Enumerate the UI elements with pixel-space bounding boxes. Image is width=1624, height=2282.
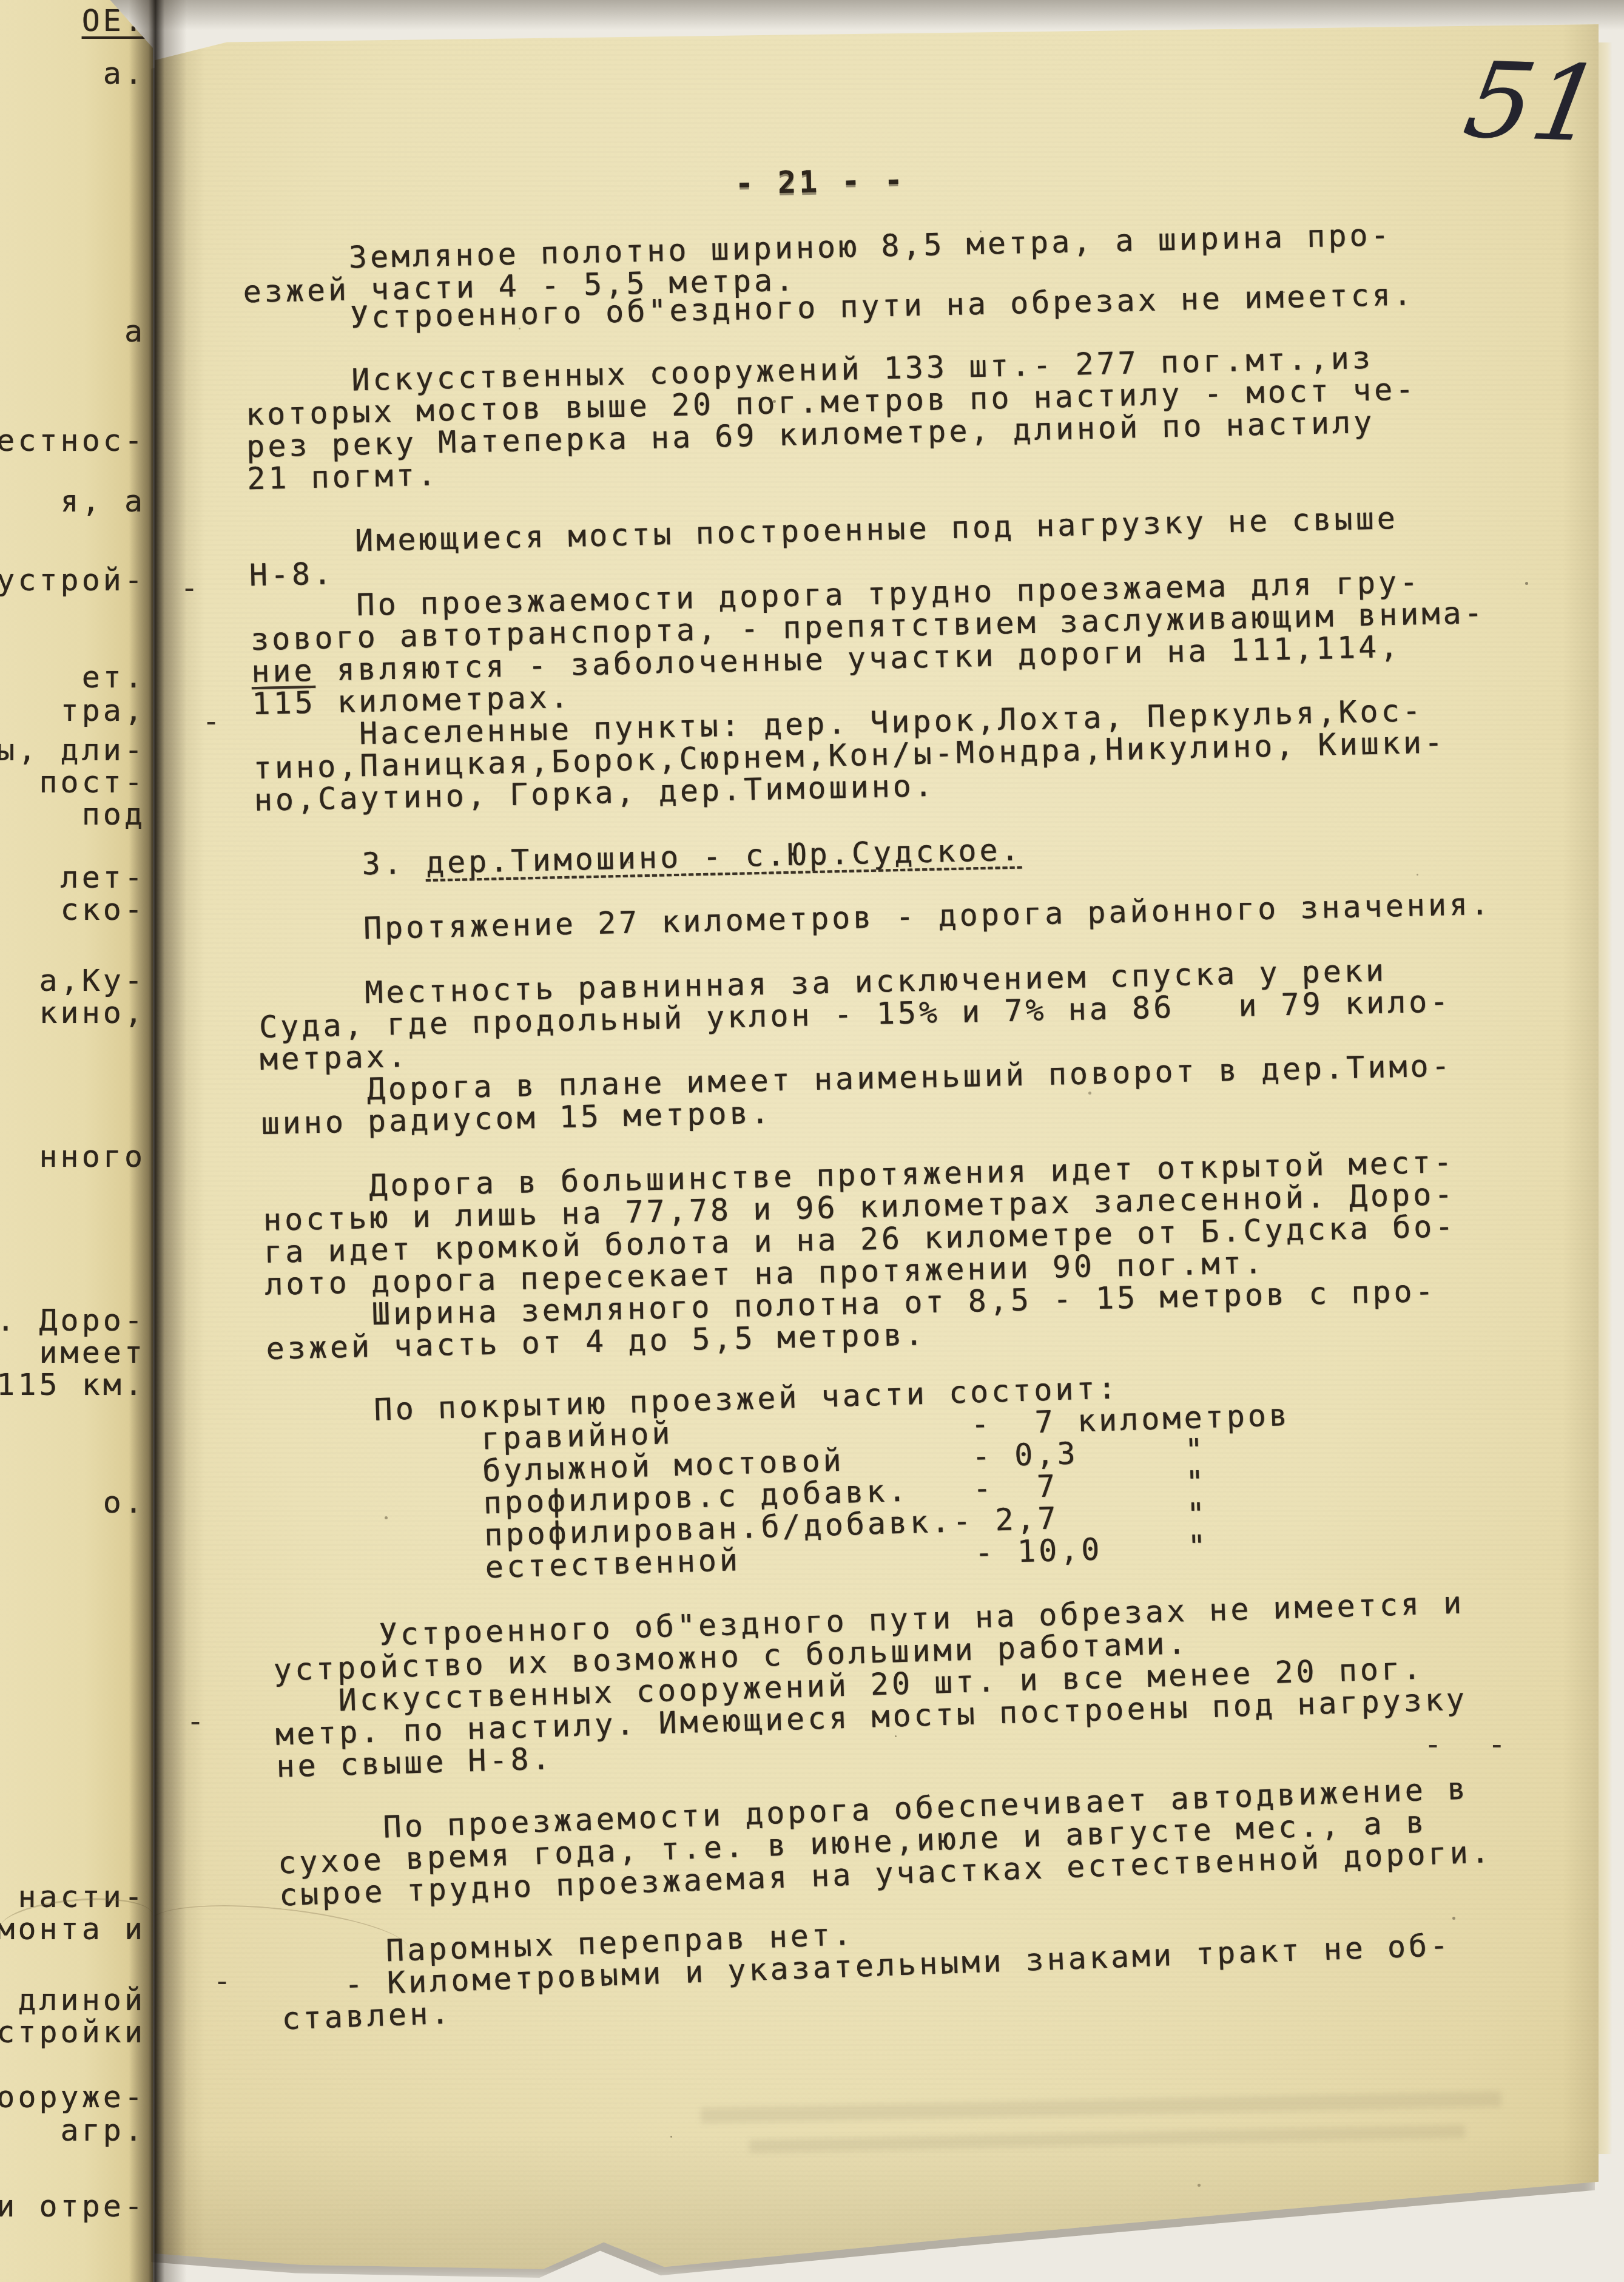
scanned-archive-document: { "document": { "page_number_header": "-… xyxy=(0,0,1624,2282)
left-page-fragment: 115 км. xyxy=(0,1369,146,1401)
paragraph-ferries-signs: Паромных переправ нет. - Километровыми и… xyxy=(279,1897,1453,2036)
section-heading-title: дер.Тимошино - с.Юр.Судское. xyxy=(425,832,1022,880)
left-page-fragment: длиной xyxy=(18,1984,146,2016)
typewritten-text-layer: - 21 - - Земляное полотно шириною 8,5 ме… xyxy=(238,10,1621,2282)
paragraph-length-27km: Протяжение 27 километров - дорога районн… xyxy=(257,888,1492,947)
left-page-fragment: е стройки xyxy=(0,2016,146,2048)
left-page-fragment: н. Доро- xyxy=(0,1305,146,1337)
stray-type-mark: - xyxy=(213,1963,234,1999)
scanner-top-shadow xyxy=(0,0,1624,30)
stray-type-mark: - xyxy=(202,704,223,739)
left-page-fragment: устрой- xyxy=(0,564,146,596)
handwritten-folio-number: 51 xyxy=(1456,39,1610,166)
section-heading-number: 3. xyxy=(255,845,426,884)
left-page-fragment: и отре- xyxy=(0,2190,146,2223)
left-page-fragment: ы, дли- xyxy=(0,734,146,766)
left-page-fragment: естнос- xyxy=(0,425,146,457)
paragraph-structures-133: Искусственных сооружений 133 шт.- 277 по… xyxy=(244,341,1418,495)
stray-type-mark: - xyxy=(186,1704,207,1739)
paragraph-passability-underlined: ние xyxy=(251,653,316,689)
stray-type-mark: - - xyxy=(1424,1727,1509,1762)
underlying-page-edge xyxy=(1597,42,1612,2154)
paper-specks xyxy=(519,328,521,329)
section-heading-3: 3. дер.Тимошино - с.Юр.Судское. xyxy=(255,834,1023,883)
page-number-header: - 21 - - xyxy=(735,164,906,200)
paragraph-surface-breakdown: По покрытию проезжей части состоит: грав… xyxy=(267,1367,1295,1590)
left-page-fragment: сооруже- xyxy=(0,2081,146,2113)
paragraph-detour-structures-20: Устроенного об"ездного пути на обрезах н… xyxy=(272,1587,1469,1783)
document-page: - 21 - - Земляное полотно шириною 8,5 ме… xyxy=(155,24,1599,2269)
paragraph-seasonal-passability: По проезжаемости дорога обеспечивает авт… xyxy=(276,1772,1492,1911)
book-gutter-shadow xyxy=(129,0,187,2282)
